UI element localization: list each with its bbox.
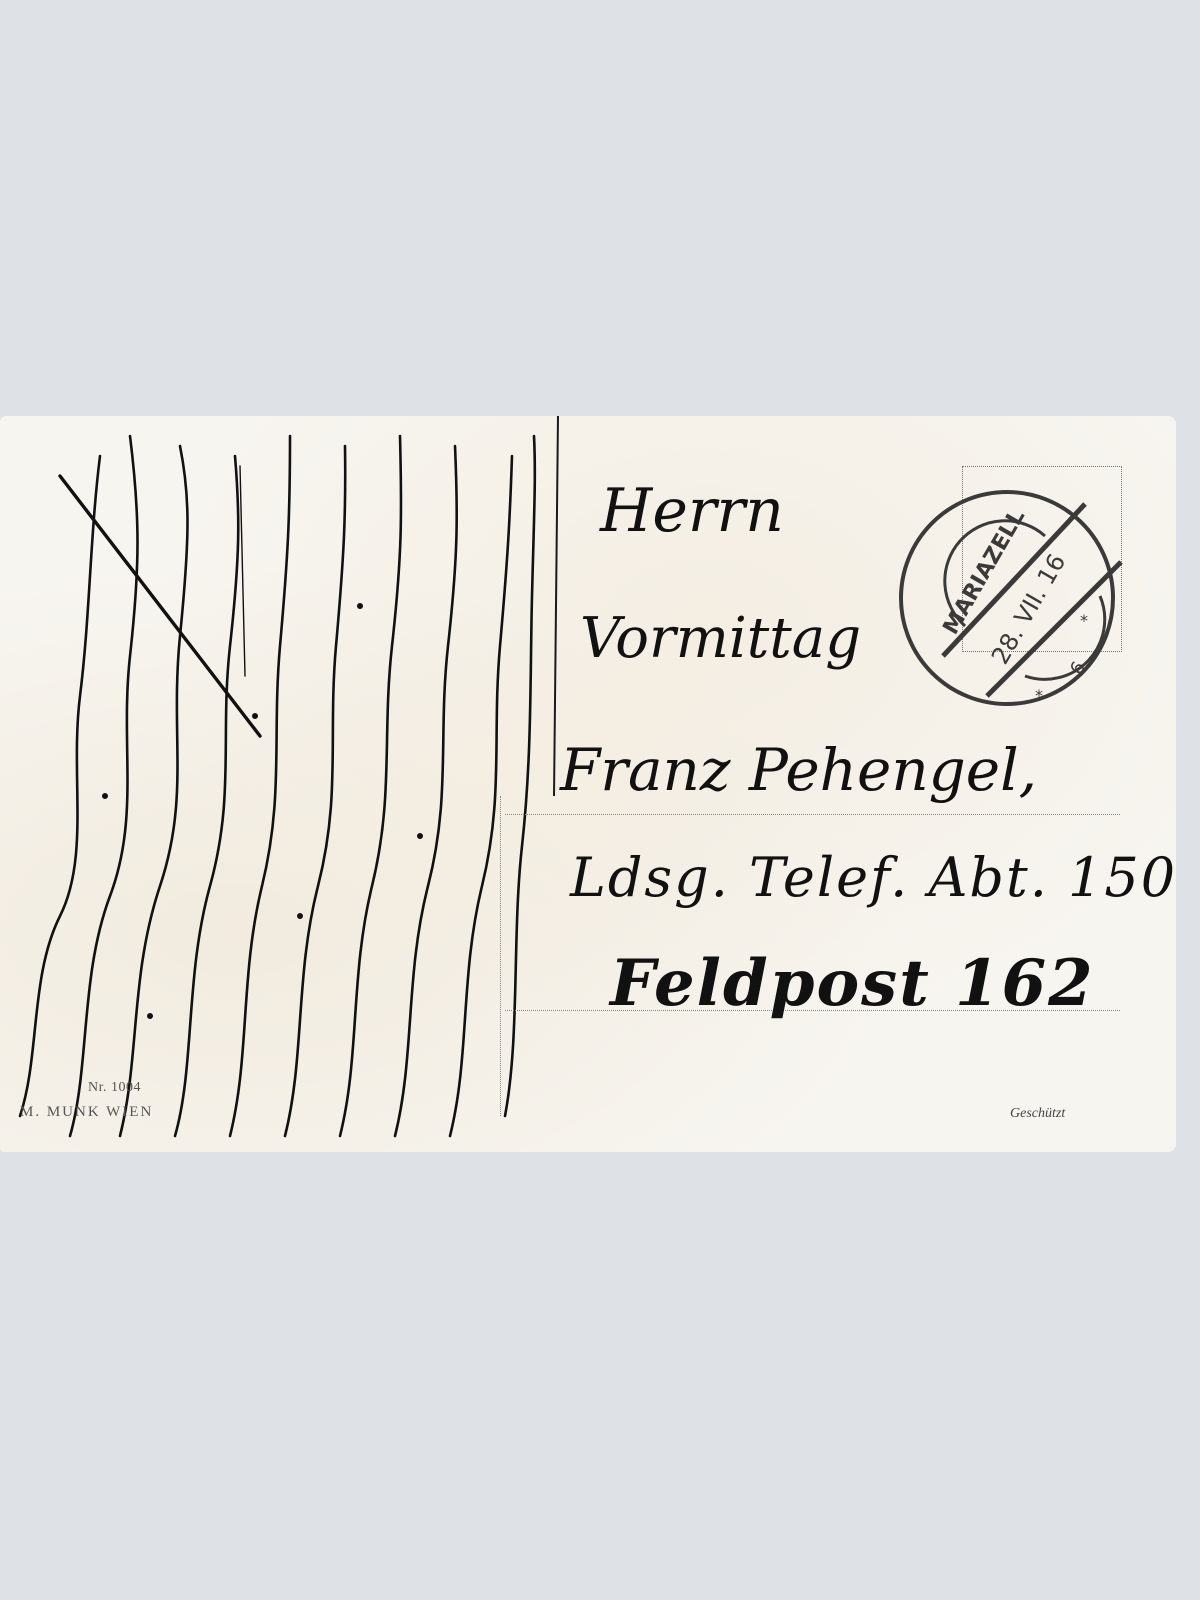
postcard: MARIAZELL 28. VII. 16 6 * * Herrn Vormit… [0, 416, 1176, 1152]
address-recipient-name: Franz Pehengel, [560, 736, 1037, 804]
svg-text:*: * [1035, 686, 1043, 705]
address-feldpost: Feldpost 162 [610, 946, 1095, 1021]
address-line-title: Vormittag [580, 606, 861, 671]
address-salutation: Herrn [600, 476, 784, 546]
card-number: Nr. 1004 [88, 1080, 141, 1096]
message-margin-line [500, 796, 501, 1116]
copyright-notice: Geschützt [1010, 1106, 1065, 1122]
postmark: MARIAZELL 28. VII. 16 6 * * [895, 476, 1125, 716]
address-line-1 [505, 814, 1120, 815]
handwritten-message [0, 416, 560, 1152]
address-unit: Ldsg. Telef. Abt. 150 [570, 846, 1176, 909]
publisher-imprint: M. MUNK WIEN [20, 1104, 153, 1121]
svg-text:*: * [1080, 611, 1088, 630]
